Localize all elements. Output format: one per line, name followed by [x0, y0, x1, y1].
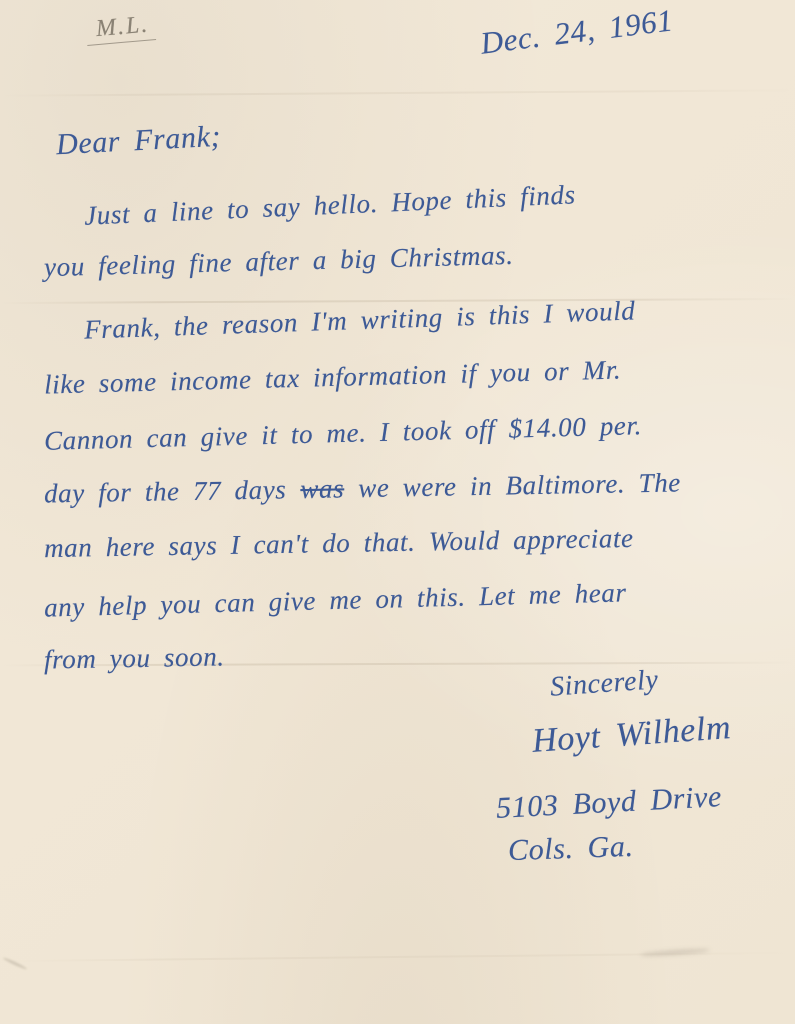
edge-mark [3, 957, 28, 971]
letter-date: Dec. 24, 1961 [479, 2, 676, 61]
para2-line1: Frank, the reason I'm writing is this I … [84, 295, 636, 345]
salutation: Dear Frank; [55, 120, 222, 163]
para1-line1: Just a line to say hello. Hope this find… [84, 179, 577, 231]
para2-line6: any help you can give me on this. Let me… [44, 577, 627, 623]
para2-line7: from you soon. [44, 641, 225, 675]
address-line1: 5103 Boyd Drive [495, 780, 722, 826]
para2-line2: like some income tax information if you … [44, 354, 622, 400]
fold-crease-top [0, 89, 795, 97]
closing: Sincerely [549, 664, 659, 703]
signature: Hoyt Wilhelm [531, 709, 732, 761]
smudge-mark [640, 948, 710, 958]
struck-out-word: was [300, 473, 344, 504]
para2-line5: man here says I can't do that. Would app… [44, 523, 634, 564]
para2-line4: day for the 77 dayswaswe were in Baltimo… [44, 467, 681, 509]
address-line2: Cols. Ga. [507, 830, 634, 868]
para2-line4-before: day for the 77 days [44, 474, 287, 508]
pencil-corner-note: M.L. [85, 11, 157, 46]
para2-line4-after: we were in Baltimore. The [358, 467, 681, 503]
para2-line3: Cannon can give it to me. I took off $14… [44, 410, 643, 457]
para1-line2: you feeling fine after a big Christmas. [44, 240, 514, 283]
letter-page: M.L. Dec. 24, 1961 Dear Frank; Just a li… [0, 0, 795, 1024]
